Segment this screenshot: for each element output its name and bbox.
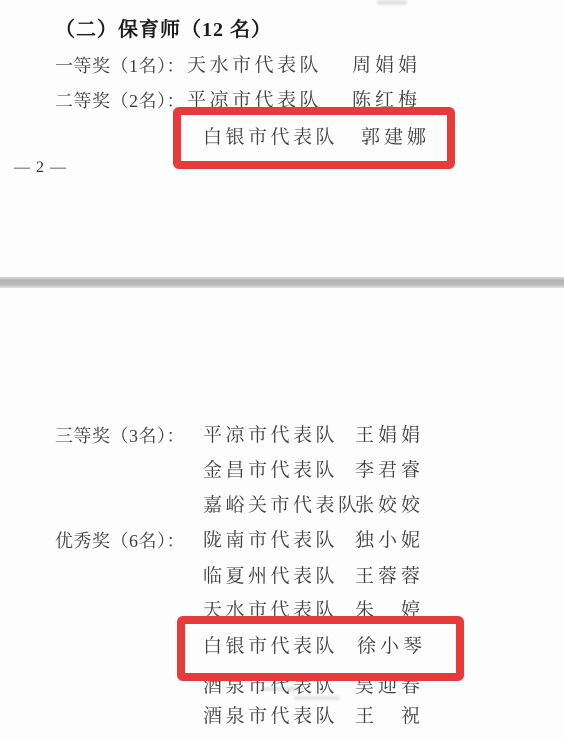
- team-name: 金昌市代表队: [203, 460, 338, 482]
- winner-name: 周娟娟: [352, 55, 421, 77]
- award-label: 二等奖（2名）：: [55, 90, 185, 112]
- award-row: 一等奖（1名）： 天水市代表队 周娟娟: [0, 55, 564, 77]
- page-divider: [0, 277, 564, 288]
- winner-name: 李君睿: [355, 460, 424, 482]
- award-row: 临夏州代表队 王蓉蓉: [0, 566, 564, 588]
- section-heading: （二）保育师（12 名）: [55, 13, 272, 42]
- winner-name: 独小妮: [355, 530, 424, 552]
- team-name: 陇南市代表队: [203, 530, 338, 552]
- page-number: — 2 —: [14, 159, 67, 177]
- award-row: 三等奖（3名）： 平凉市代表队 王娟娟: [0, 425, 564, 447]
- team-name: 平凉市代表队: [203, 425, 338, 447]
- award-row: 嘉峪关市代表队 张姣姣: [0, 495, 564, 517]
- document-page-1: （二）保育师（12 名） 一等奖（1名）： 天水市代表队 周娟娟 二等奖（2名）…: [0, 0, 564, 277]
- red-highlight-box: [177, 616, 464, 681]
- award-row: 金昌市代表队 李君睿: [0, 460, 564, 482]
- winner-name: 王 祝: [355, 706, 424, 728]
- team-name: 天水市代表队: [187, 55, 322, 77]
- scanned-document: （二）保育师（12 名） 一等奖（1名）： 天水市代表队 周娟娟 二等奖（2名）…: [0, 0, 564, 740]
- award-label: 一等奖（1名）：: [55, 55, 185, 77]
- team-name: 嘉峪关市代表队: [203, 495, 361, 517]
- cutoff-text-artifact: [377, 0, 407, 5]
- award-label: 优秀奖（6名）：: [55, 530, 185, 552]
- winner-name: 王蓉蓉: [355, 566, 424, 588]
- red-highlight-box: [173, 107, 455, 169]
- award-label: 三等奖（3名）：: [55, 425, 185, 447]
- winner-name: 张姣姣: [355, 495, 424, 517]
- team-name: 酒泉市代表队: [203, 706, 338, 728]
- winner-name: 王娟娟: [355, 425, 424, 447]
- award-row: 酒泉市代表队 王 祝: [0, 706, 564, 728]
- award-row: 优秀奖（6名）： 陇南市代表队 独小妮: [0, 530, 564, 552]
- team-name: 临夏州代表队: [203, 566, 338, 588]
